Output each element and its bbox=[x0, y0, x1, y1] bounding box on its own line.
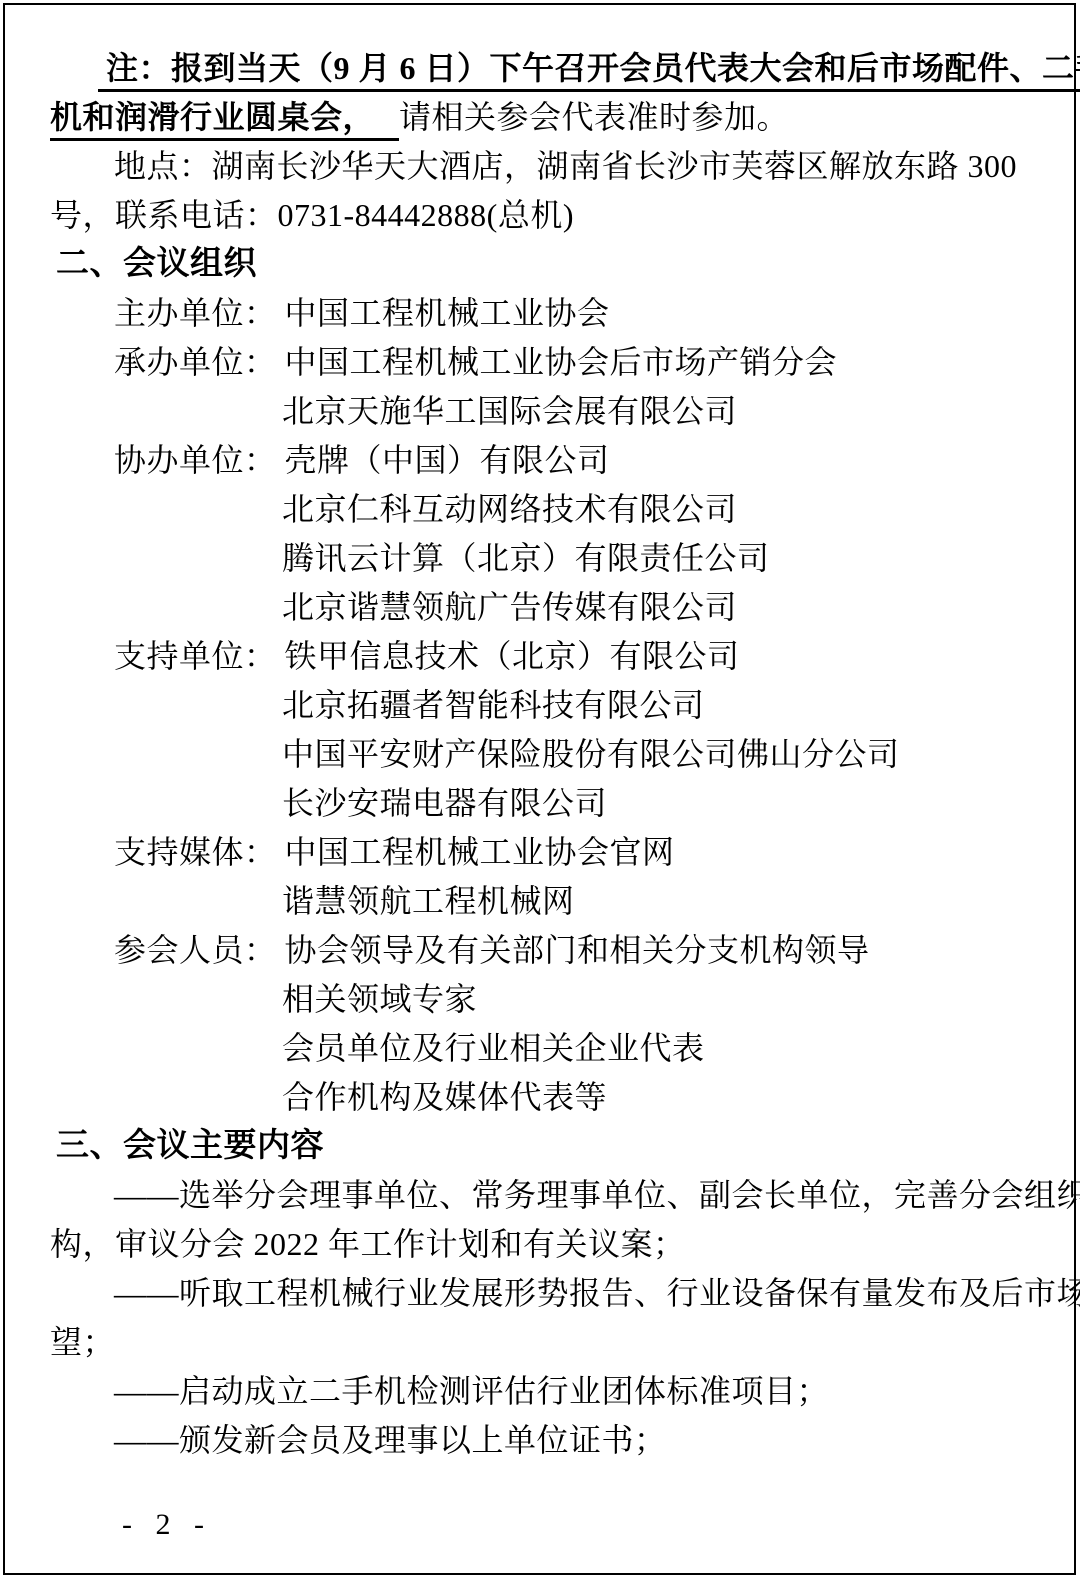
org-row-participants: 参会人员：协会领导及有关部门和相关分支机构领导 bbox=[50, 926, 1044, 975]
venue-line-2: 号，联系电话：0731-84442888(总机) bbox=[50, 191, 1044, 240]
org-value-participants-3: 会员单位及行业相关企业代表 bbox=[50, 1024, 1044, 1073]
agenda-line-3: ——听取工程机械行业发展形势报告、行业设备保有量发布及后市场展 bbox=[50, 1269, 1044, 1318]
org-value-supporter-1: 铁甲信息技术（北京）有限公司 bbox=[285, 638, 740, 674]
org-value-coorganizer-3: 腾讯云计算（北京）有限责任公司 bbox=[50, 534, 1044, 583]
agenda-line-5: ——启动成立二手机检测评估行业团体标准项目； bbox=[50, 1367, 1044, 1416]
org-row-host: 主办单位：中国工程机械工业协会 bbox=[50, 289, 1044, 338]
org-value-organizer-2: 北京天施华工国际会展有限公司 bbox=[50, 387, 1044, 436]
note-line-2-regular: 请相关参会代表准时参加。 bbox=[399, 99, 789, 135]
org-value-supporter-3: 中国平安财产保险股份有限公司佛山分公司 bbox=[50, 730, 1044, 779]
document-page: 注：报到当天（9 月 6 日）下午召开会员代表大会和后市场配件、二手 机和润滑行… bbox=[0, 0, 1080, 1581]
org-row-media: 支持媒体：中国工程机械工业协会官网 bbox=[50, 828, 1044, 877]
section-heading-agenda: 三、会议主要内容 bbox=[50, 1122, 1044, 1171]
agenda-line-2: 构，审议分会 2022 年工作计划和有关议案； bbox=[50, 1220, 1044, 1269]
org-label-participants: 参会人员： bbox=[114, 932, 277, 968]
org-label-coorganizer: 协办单位： bbox=[114, 442, 277, 478]
org-value-coorganizer-2: 北京仁科互动网络技术有限公司 bbox=[50, 485, 1044, 534]
document-content: 注：报到当天（9 月 6 日）下午召开会员代表大会和后市场配件、二手 机和润滑行… bbox=[0, 0, 1080, 1545]
section-heading-organization: 二、会议组织 bbox=[50, 240, 1044, 289]
note-line-2-bold: 机和润滑行业圆桌会， bbox=[50, 99, 399, 141]
org-label-host: 主办单位： bbox=[114, 295, 277, 331]
org-label-supporter: 支持单位： bbox=[114, 638, 277, 674]
agenda-line-1: ——选举分会理事单位、常务理事单位、副会长单位，完善分会组织结 bbox=[50, 1171, 1044, 1220]
org-label-media: 支持媒体： bbox=[114, 834, 277, 870]
org-value-supporter-2: 北京拓疆者智能科技有限公司 bbox=[50, 681, 1044, 730]
org-value-organizer-1: 中国工程机械工业协会后市场产销分会 bbox=[285, 344, 838, 380]
org-value-media-1: 中国工程机械工业协会官网 bbox=[285, 834, 675, 870]
org-row-supporter: 支持单位：铁甲信息技术（北京）有限公司 bbox=[50, 632, 1044, 681]
org-row-organizer: 承办单位：中国工程机械工业协会后市场产销分会 bbox=[50, 338, 1044, 387]
agenda-line-4: 望； bbox=[50, 1318, 1044, 1367]
page-number: - 2 - bbox=[50, 1505, 1044, 1545]
org-value-participants-1: 协会领导及有关部门和相关分支机构领导 bbox=[285, 932, 870, 968]
note-line-2: 机和润滑行业圆桌会，请相关参会代表准时参加。 bbox=[50, 93, 1044, 142]
note-line-1-text: 注：报到当天（9 月 6 日）下午召开会员代表大会和后市场配件、二手 bbox=[98, 50, 1080, 92]
org-label-organizer: 承办单位： bbox=[114, 344, 277, 380]
note-line-1: 注：报到当天（9 月 6 日）下午召开会员代表大会和后市场配件、二手 bbox=[50, 44, 1044, 93]
org-value-coorganizer-1: 壳牌（中国）有限公司 bbox=[285, 442, 610, 478]
org-row-coorganizer: 协办单位：壳牌（中国）有限公司 bbox=[50, 436, 1044, 485]
venue-line-1: 地点：湖南长沙华天大酒店，湖南省长沙市芙蓉区解放东路 300 bbox=[50, 142, 1044, 191]
org-value-media-2: 谐慧领航工程机械网 bbox=[50, 877, 1044, 926]
org-value-participants-4: 合作机构及媒体代表等 bbox=[50, 1073, 1044, 1122]
agenda-line-6: ——颁发新会员及理事以上单位证书； bbox=[50, 1416, 1044, 1465]
org-value-participants-2: 相关领域专家 bbox=[50, 975, 1044, 1024]
org-value-host: 中国工程机械工业协会 bbox=[285, 295, 610, 331]
org-value-coorganizer-4: 北京谐慧领航广告传媒有限公司 bbox=[50, 583, 1044, 632]
org-value-supporter-4: 长沙安瑞电器有限公司 bbox=[50, 779, 1044, 828]
